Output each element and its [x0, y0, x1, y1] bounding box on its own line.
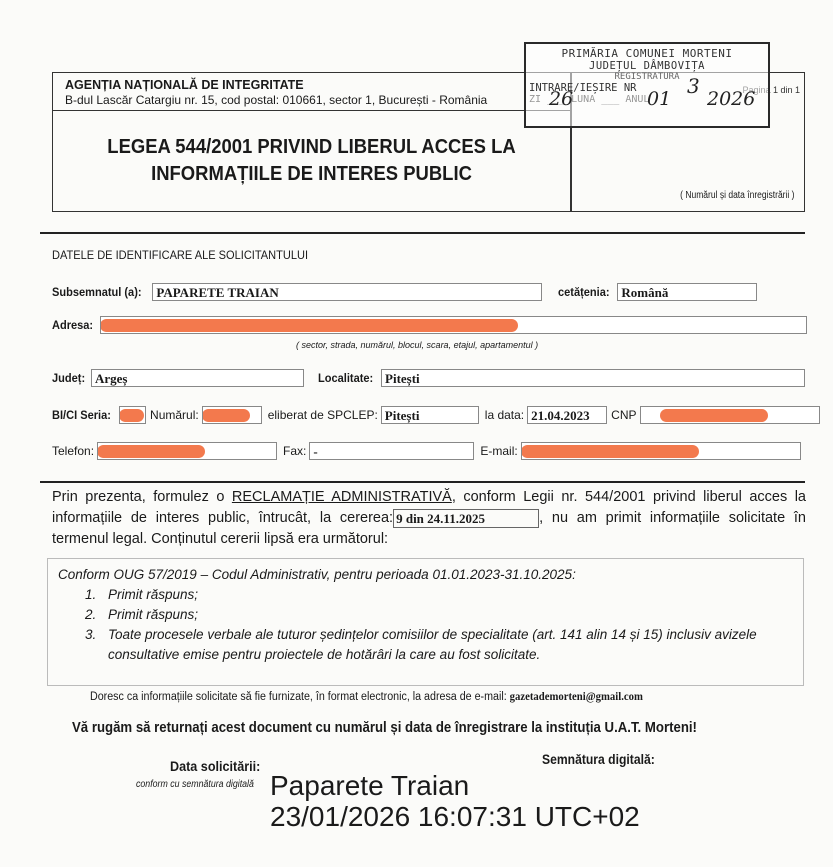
signature-label: Semnătura digitală:	[542, 752, 655, 767]
law-title: LEGEA 544/2001 PRIVIND LIBERUL ACCES LA …	[79, 133, 544, 187]
section-divider	[40, 232, 805, 234]
cnp-label: CNP	[611, 408, 636, 422]
county-label: Județ:	[52, 371, 85, 385]
address-label: Adresa:	[52, 318, 93, 332]
address-field[interactable]: [redactat]	[100, 316, 807, 334]
stamp-county: JUDEȚUL DÂMBOVIȚA	[526, 60, 768, 72]
issued-by-label: eliberat de SPCLEP:	[268, 408, 378, 422]
stamp-institution: PRIMĂRIA COMUNEI MORTENI	[526, 47, 768, 60]
complaint-type: RECLAMAȚIE ADMINISTRATIVĂ	[232, 489, 452, 505]
complaint-divider	[40, 481, 805, 483]
id-series-field[interactable]: [redactat]	[119, 406, 146, 424]
fax-label: Fax:	[283, 444, 306, 458]
complaint-text-1: Prin prezenta, formulez o	[52, 489, 232, 505]
stamp-date-line: ZI ___ LUNA ___ ANUL 26 01 2026	[529, 94, 768, 116]
request-item: Primit răspuns;	[100, 605, 793, 625]
law-title-line2: INFORMAȚIILE DE INTERES PUBLIC	[79, 160, 544, 187]
issued-by-field[interactable]: Pitești	[381, 406, 479, 424]
email-redacted: [redactat]	[525, 444, 695, 459]
id-number-field[interactable]: [redactat]	[202, 406, 262, 424]
delivery-email-note: Doresc ca informațiile solicitate să fie…	[90, 691, 643, 703]
registration-caption: ( Numărul și data înregistrării )	[680, 190, 794, 201]
county-row: Județ: Argeș Localitate: Pitești	[52, 369, 805, 387]
stamp-year: 2026	[707, 88, 755, 110]
id-row: BI/CI Seria: [redactat] Numărul: [redact…	[52, 406, 820, 424]
stamp-entry-label: INTRARE/IEȘIRE NR	[529, 82, 636, 94]
cnp-redacted: [redactat]	[664, 408, 764, 423]
phone-label: Telefon:	[52, 444, 94, 458]
request-date-label: Data solicitării:	[170, 758, 260, 774]
name-label: Subsemnatul (a):	[52, 285, 142, 299]
signature-name: Paparete Traian	[270, 770, 469, 802]
cnp-field[interactable]: [redactat]	[640, 406, 820, 424]
request-ref-field[interactable]: 9 din 24.11.2025	[393, 509, 539, 528]
address-row: Adresa: [redactat]	[52, 316, 807, 334]
email-field[interactable]: [redactat]	[521, 442, 801, 460]
name-field[interactable]: PAPARETE TRAIAN	[152, 283, 542, 301]
phone-redacted: [redactat]	[101, 444, 201, 459]
signature-timestamp: 23/01/2026 16:07:31 UTC+02	[270, 801, 640, 833]
address-redacted: [redactat]	[104, 318, 514, 333]
stamp-date-label: ZI ___ LUNA ___ ANUL	[529, 94, 649, 105]
request-content-box[interactable]: Conform OUG 57/2019 – Codul Administrati…	[47, 558, 804, 686]
request-item: Primit răspuns;	[100, 585, 793, 605]
id-number-label: Numărul:	[150, 408, 199, 422]
locality-label: Localitate:	[318, 371, 373, 385]
agency-name: AGENȚIA NAȚIONALĂ DE INTEGRITATE	[65, 78, 570, 92]
stamp-registry: REGISTRATURA	[526, 72, 768, 82]
delivery-email-text: Doresc ca informațiile solicitate să fie…	[90, 691, 507, 703]
id-number-redacted: [redactat]	[206, 408, 246, 423]
issue-date-label: la data:	[485, 408, 524, 422]
agency-block: AGENȚIA NAȚIONALĂ DE INTEGRITATE B-dul L…	[53, 73, 570, 111]
citizenship-label: cetățenia:	[558, 285, 610, 299]
request-items: Primit răspuns; Primit răspuns; Toate pr…	[100, 585, 793, 665]
address-hint: ( sector, strada, numărul, blocul, scara…	[296, 340, 538, 350]
request-intro: Conform OUG 57/2019 – Codul Administrati…	[58, 565, 793, 585]
id-series-redacted: [redactat]	[123, 408, 140, 423]
contact-row: Telefon: [redactat] Fax: - E-mail: [reda…	[52, 442, 801, 460]
county-field[interactable]: Argeș	[91, 369, 304, 387]
applicant-section-title: DATELE DE IDENTIFICARE ALE SOLICITANTULU…	[52, 248, 308, 262]
citizenship-field[interactable]: Română	[617, 283, 757, 301]
complaint-paragraph: Prin prezenta, formulez o RECLAMAȚIE ADM…	[52, 487, 806, 550]
agency-address: B-dul Lascăr Catargiu nr. 15, cod postal…	[65, 93, 570, 107]
law-title-line1: LEGEA 544/2001 PRIVIND LIBERUL ACCES LA	[79, 133, 544, 160]
stamp-month: 01	[647, 88, 671, 110]
id-series-label: BI/CI Seria:	[52, 408, 111, 422]
name-row: Subsemnatul (a): PAPARETE TRAIAN cetățen…	[52, 283, 757, 301]
issue-date-field[interactable]: 21.04.2023	[527, 406, 607, 424]
phone-field[interactable]: [redactat]	[97, 442, 277, 460]
request-item: Toate procesele verbale ale tuturor ședi…	[100, 625, 793, 665]
locality-field[interactable]: Pitești	[381, 369, 805, 387]
delivery-email: gazetademorteni@gmail.com	[510, 691, 643, 703]
request-date-note: conform cu semnătura digitală	[136, 779, 254, 790]
stamp-day: 26	[549, 88, 573, 110]
fax-field[interactable]: -	[309, 442, 474, 460]
registration-stamp: PRIMĂRIA COMUNEI MORTENI JUDEȚUL DÂMBOVI…	[524, 42, 770, 128]
email-label: E-mail:	[480, 444, 517, 458]
return-note: Vă rugăm să returnați acest document cu …	[72, 719, 697, 736]
